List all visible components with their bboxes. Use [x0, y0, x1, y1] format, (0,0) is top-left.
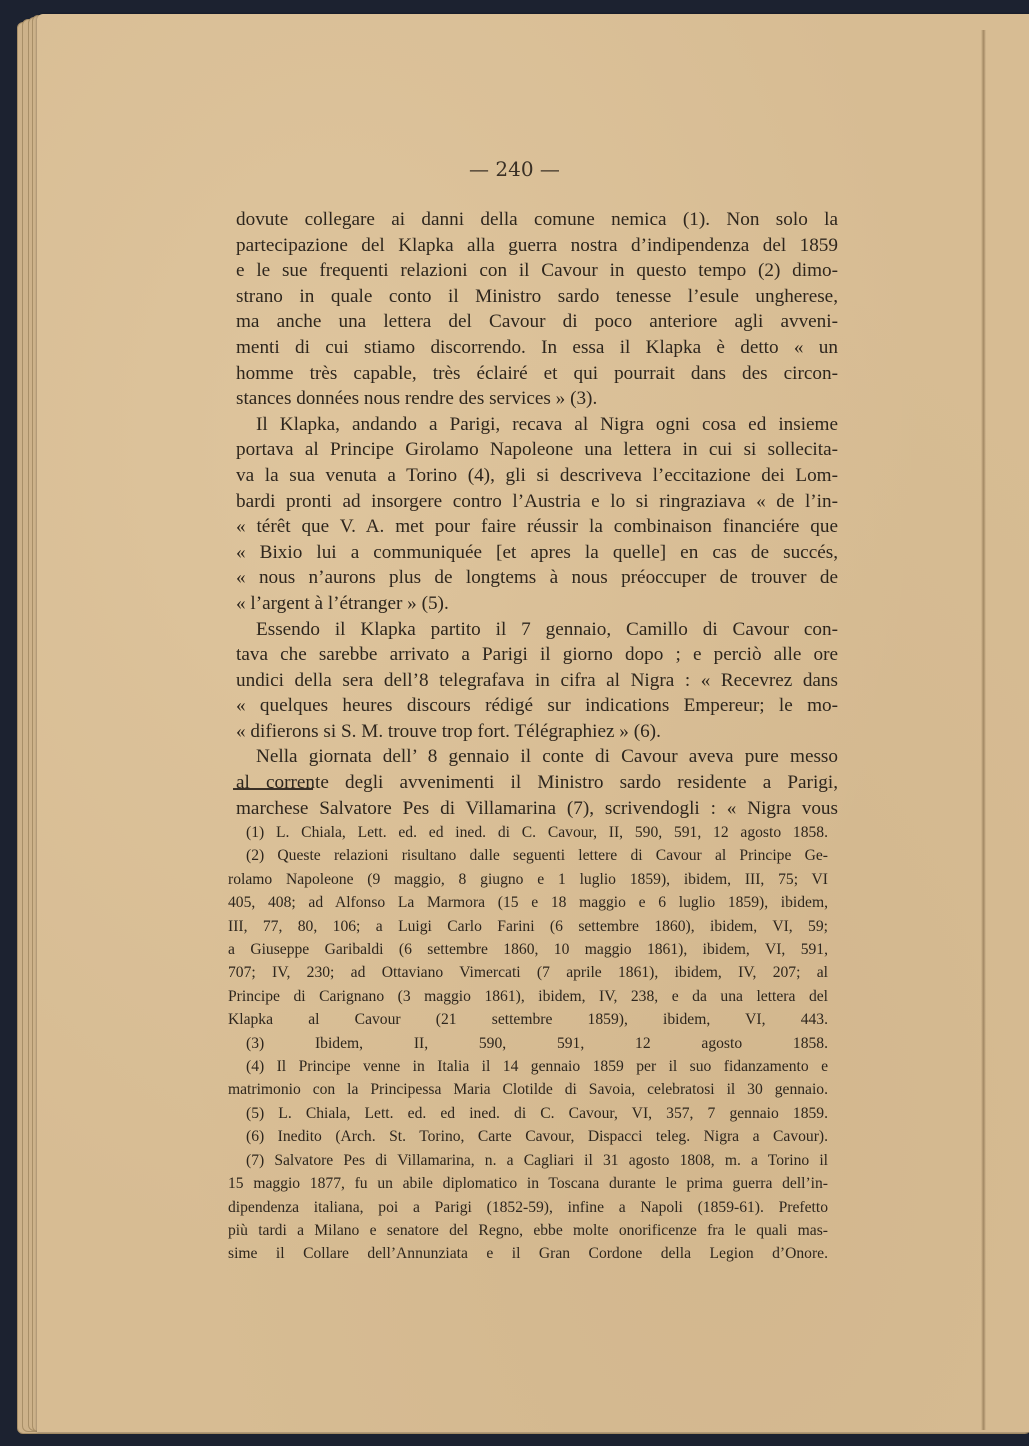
text-line: e le sue frequenti relazioni con il Cavo…	[236, 258, 838, 284]
footnote-line: più tardi a Milano e senatore del Regno,…	[228, 1219, 828, 1242]
text-line: Essendo il Klapka partito il 7 gennaio, …	[236, 617, 838, 643]
footnote-line: matrimonio con la Principessa Maria Clot…	[228, 1078, 828, 1101]
text-line: homme très capable, très éclairé et qui …	[236, 361, 838, 387]
text-line: Il Klapka, andando a Parigi, recava al N…	[236, 412, 838, 438]
text-line: « térêt que V. A. met pour faire réussir…	[236, 514, 838, 540]
footnote-line: (7) Salvatore Pes di Villamarina, n. a C…	[228, 1149, 828, 1172]
text-line: dovute collegare ai danni della comune n…	[236, 207, 838, 233]
main-text: dovute collegare ai danni della comune n…	[236, 207, 838, 821]
text-line: partecipazione del Klapka alla guerra no…	[236, 233, 838, 259]
footnote-line: (4) Il Principe venne in Italia il 14 ge…	[228, 1055, 828, 1078]
text-line: undici della sera dell’8 telegrafava in …	[236, 668, 838, 694]
text-line: marchese Salvatore Pes di Villamarina (7…	[236, 796, 838, 822]
footnote-line: (3) Ibidem, II, 590, 591, 12 agosto 1858…	[228, 1032, 828, 1055]
text-line: menti di cui stiamo discorrendo. In essa…	[236, 335, 838, 361]
footnote-separator	[233, 788, 313, 790]
footnote-line: III, 77, 80, 106; a Luigi Carlo Farini (…	[228, 915, 828, 938]
footnote-line: dipendenza italiana, poi a Parigi (1852-…	[228, 1196, 828, 1219]
footnote-line: a Giuseppe Garibaldi (6 settembre 1860, …	[228, 938, 828, 961]
text-line: portava al Principe Girolamo Napoleone u…	[236, 437, 838, 463]
text-line: stances données nous rendre des services…	[236, 386, 838, 412]
text-line: « l’argent à l’étranger » (5).	[236, 591, 838, 617]
footnotes: (1) L. Chiala, Lett. ed. ed ined. di C. …	[228, 821, 828, 1266]
text-line: ma anche una lettera del Cavour di poco …	[236, 309, 838, 335]
footnote-line: 15 maggio 1877, fu un abile diplomatico …	[228, 1172, 828, 1195]
text-line: « Bixio lui a communiquée [et apres la q…	[236, 540, 838, 566]
footnote-line: (6) Inedito (Arch. St. Torino, Carte Cav…	[228, 1125, 828, 1148]
footnote-line: sime il Collare dell’Annunziata e il Gra…	[228, 1242, 828, 1265]
footnote-line: rolamo Napoleone (9 maggio, 8 giugno e 1…	[228, 868, 828, 891]
text-line: « difierons si S. M. trouve trop fort. T…	[236, 719, 838, 745]
page-number: — 240 —	[0, 157, 1029, 181]
text-line: bardi pronti ad insorgere contro l’Austr…	[236, 489, 838, 515]
footnote-line: (5) L. Chiala, Lett. ed. ed ined. di C. …	[228, 1102, 828, 1125]
text-line: al corrente degli avvenimenti il Ministr…	[236, 770, 838, 796]
footnote-line: 707; IV, 230; ad Ottaviano Vimercati (7 …	[228, 961, 828, 984]
text-line: « quelques heures discours rédigé sur in…	[236, 693, 838, 719]
text-line: strano in quale conto il Ministro sardo …	[236, 284, 838, 310]
footnote-line: (1) L. Chiala, Lett. ed. ed ined. di C. …	[228, 821, 828, 844]
footnote-line: Principe di Carignano (3 maggio 1861), i…	[228, 985, 828, 1008]
footnote-line: 405, 408; ad Alfonso La Marmora (15 e 18…	[228, 891, 828, 914]
page-fold-crease	[981, 30, 986, 1430]
text-line: va la sua venuta a Torino (4), gli si de…	[236, 463, 838, 489]
text-line: tava che sarebbe arrivato a Parigi il gi…	[236, 642, 838, 668]
text-line: Nella giornata dell’ 8 gennaio il conte …	[236, 744, 838, 770]
text-line: « nous n’aurons plus de longtems à nous …	[236, 565, 838, 591]
footnote-line: Klapka al Cavour (21 settembre 1859), ib…	[228, 1008, 828, 1031]
footnote-line: (2) Queste relazioni risultano dalle seg…	[228, 844, 828, 867]
